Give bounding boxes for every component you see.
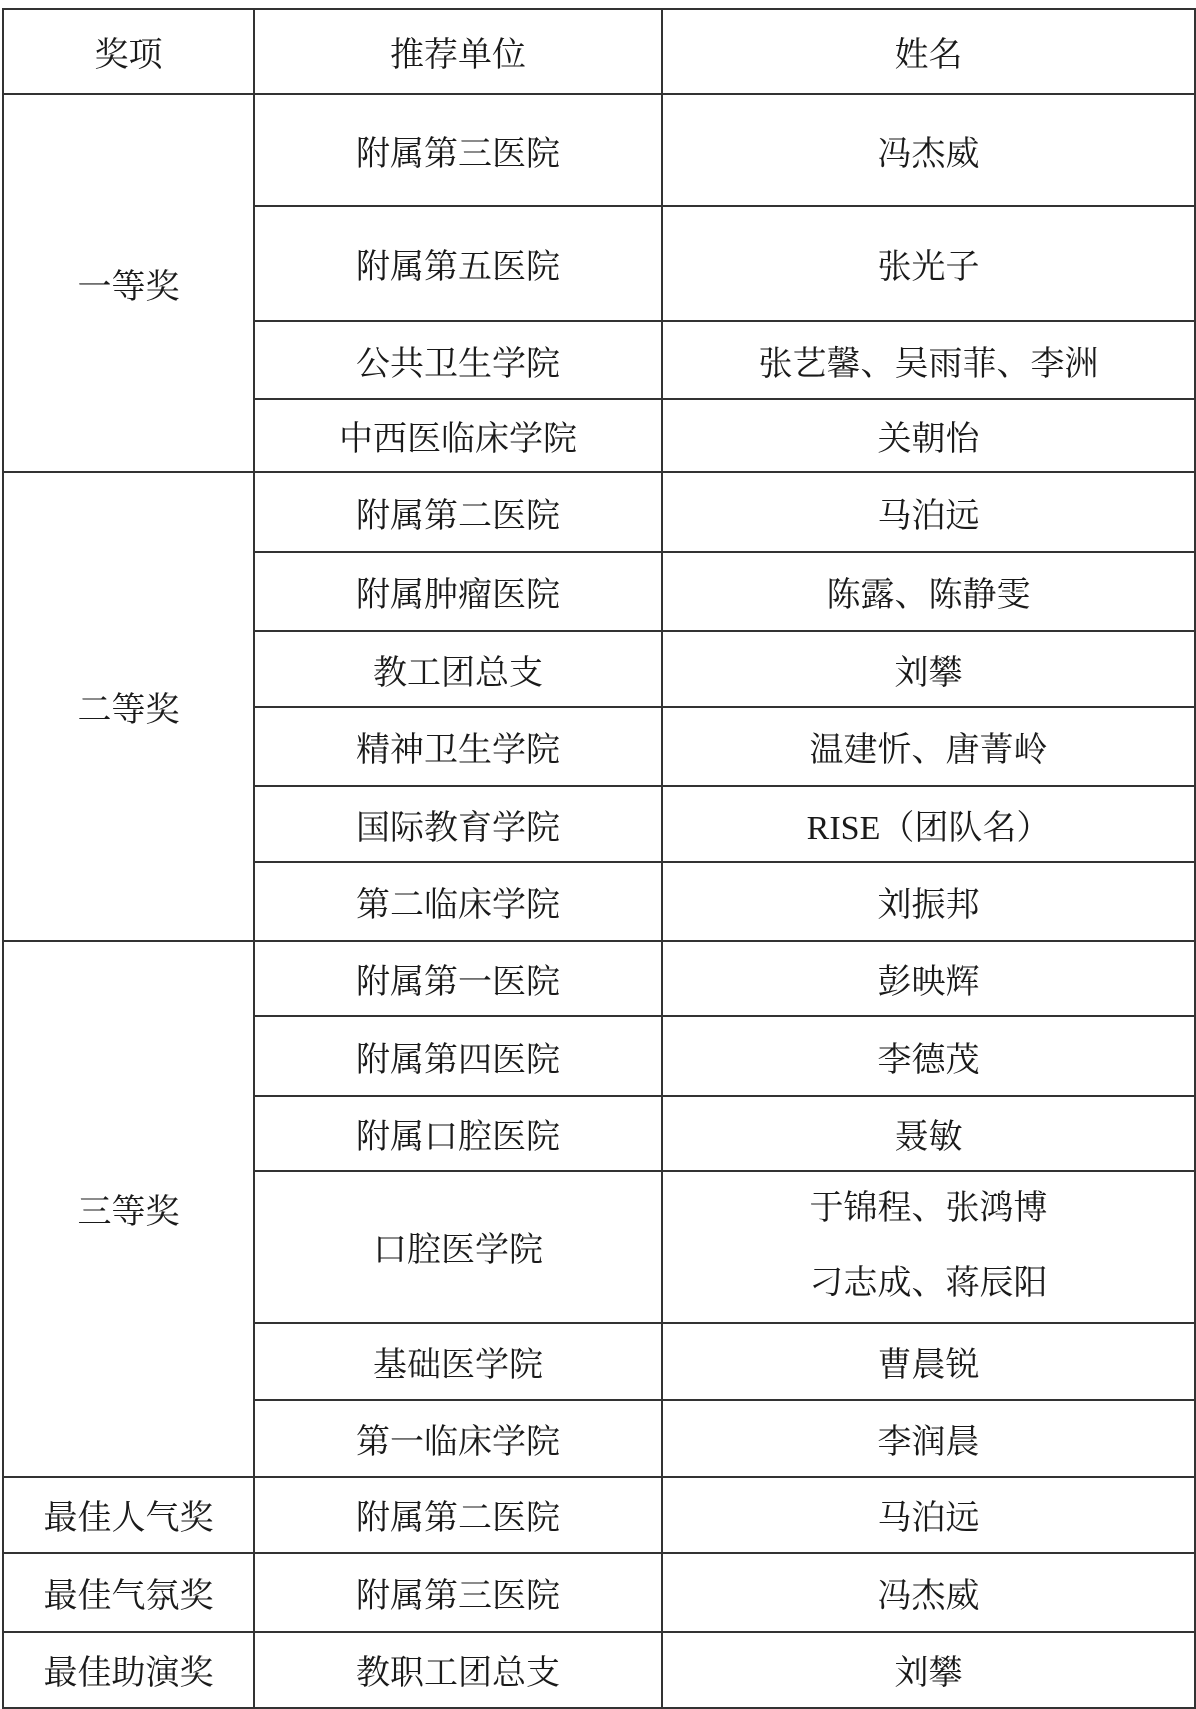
- header-award: 奖项: [3, 9, 254, 94]
- unit-cell: 附属第一医院: [254, 941, 662, 1016]
- award-cell: 一等奖: [3, 94, 254, 472]
- award-cell: 三等奖: [3, 941, 254, 1477]
- name-cell: 关朝怡: [662, 399, 1195, 472]
- unit-cell: 第一临床学院: [254, 1400, 662, 1477]
- award-cell: 最佳助演奖: [3, 1632, 254, 1708]
- table-row: 最佳助演奖 教职工团总支 刘攀: [3, 1632, 1195, 1708]
- award-table: 奖项 推荐单位 姓名 一等奖 附属第三医院 冯杰威 附属第五医院 张光子 公共卫…: [2, 8, 1196, 1709]
- name-cell: 冯杰威: [662, 1553, 1195, 1632]
- unit-cell: 附属第二医院: [254, 472, 662, 552]
- name-cell: 刘攀: [662, 631, 1195, 707]
- award-cell: 二等奖: [3, 472, 254, 941]
- unit-cell: 附属第四医院: [254, 1016, 662, 1096]
- name-cell: 陈露、陈静雯: [662, 552, 1195, 631]
- award-cell: 最佳人气奖: [3, 1477, 254, 1553]
- name-cell: 马泊远: [662, 472, 1195, 552]
- name-cell: 马泊远: [662, 1477, 1195, 1553]
- name-cell: 曹晨锐: [662, 1323, 1195, 1400]
- unit-cell: 中西医临床学院: [254, 399, 662, 472]
- name-cell: 刘振邦: [662, 862, 1195, 941]
- name-cell: RISE（团队名）: [662, 786, 1195, 862]
- name-cell: 张艺馨、吴雨菲、李洲: [662, 321, 1195, 399]
- header-unit: 推荐单位: [254, 9, 662, 94]
- table-row: 最佳气氛奖 附属第三医院 冯杰威: [3, 1553, 1195, 1632]
- award-table-container: 奖项 推荐单位 姓名 一等奖 附属第三医院 冯杰威 附属第五医院 张光子 公共卫…: [0, 0, 1196, 1709]
- unit-cell: 基础医学院: [254, 1323, 662, 1400]
- name-line-2: 刁志成、蒋辰阳: [663, 1247, 1194, 1322]
- unit-cell: 国际教育学院: [254, 786, 662, 862]
- name-line-1: 于锦程、张鸿博: [663, 1172, 1194, 1247]
- unit-cell: 附属口腔医院: [254, 1096, 662, 1171]
- unit-cell: 精神卫生学院: [254, 707, 662, 786]
- header-row: 奖项 推荐单位 姓名: [3, 9, 1195, 94]
- unit-cell: 附属第五医院: [254, 206, 662, 321]
- unit-cell: 教工团总支: [254, 631, 662, 707]
- name-cell: 刘攀: [662, 1632, 1195, 1708]
- table-row: 三等奖 附属第一医院 彭映辉: [3, 941, 1195, 1016]
- name-cell: 李德茂: [662, 1016, 1195, 1096]
- unit-cell: 公共卫生学院: [254, 321, 662, 399]
- name-cell: 李润晨: [662, 1400, 1195, 1477]
- table-row: 二等奖 附属第二医院 马泊远: [3, 472, 1195, 552]
- name-cell: 冯杰威: [662, 94, 1195, 206]
- unit-cell: 口腔医学院: [254, 1171, 662, 1323]
- unit-cell: 教职工团总支: [254, 1632, 662, 1708]
- unit-cell: 第二临床学院: [254, 862, 662, 941]
- award-cell: 最佳气氛奖: [3, 1553, 254, 1632]
- unit-cell: 附属第二医院: [254, 1477, 662, 1553]
- unit-cell: 附属第三医院: [254, 1553, 662, 1632]
- header-name: 姓名: [662, 9, 1195, 94]
- name-cell: 于锦程、张鸿博 刁志成、蒋辰阳: [662, 1171, 1195, 1323]
- name-cell: 聂敏: [662, 1096, 1195, 1171]
- name-cell: 张光子: [662, 206, 1195, 321]
- unit-cell: 附属肿瘤医院: [254, 552, 662, 631]
- unit-cell: 附属第三医院: [254, 94, 662, 206]
- table-row: 一等奖 附属第三医院 冯杰威: [3, 94, 1195, 206]
- name-cell: 温建忻、唐菁岭: [662, 707, 1195, 786]
- name-cell: 彭映辉: [662, 941, 1195, 1016]
- table-row: 最佳人气奖 附属第二医院 马泊远: [3, 1477, 1195, 1553]
